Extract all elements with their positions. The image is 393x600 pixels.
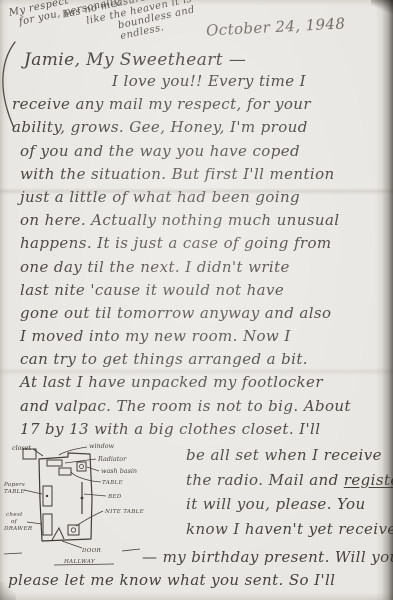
door-swing [52, 528, 64, 540]
diagram-label-papers-table: Papers [3, 482, 25, 488]
leader-nite-table [76, 511, 103, 526]
body-line: can try to get things arranged a bit. [20, 350, 388, 373]
body-line: and valpac. The room is not to big. Abou… [20, 397, 388, 420]
diagram-label-nite-table: NITE TABLE [104, 509, 144, 515]
body-line: I moved into my new room. Now I [20, 327, 388, 350]
photo-corner-shadow [0, 582, 16, 600]
dot [46, 495, 48, 497]
body-line: last nite 'cause it would not have [20, 281, 388, 304]
diagram-label-closet: closet [12, 444, 32, 452]
body-line: with the situation. But first I'll menti… [20, 165, 388, 188]
radiator-shape [47, 460, 62, 466]
wash-basin-shape [77, 462, 86, 471]
leader-wash-basin [87, 467, 99, 471]
side-line: the radio. Mail and register [186, 471, 393, 496]
leader-closet [33, 449, 43, 456]
body-line: of you and the way you have coped [20, 142, 388, 165]
nite-table-shape [68, 525, 79, 535]
body-line: happens. It is just a case of going from [20, 234, 388, 257]
diagram-label-papers-table: TABLE [4, 489, 25, 495]
hallway-dash [122, 549, 140, 551]
side-line-text: the radio. Mail and [186, 471, 344, 489]
body-line: receive any mail my respect, for your [12, 95, 388, 118]
underlined-word: register [344, 471, 393, 489]
diagram-label-window: window [89, 442, 115, 450]
body-line: gone out til tomorrow anyway and also [20, 304, 388, 327]
leader-chest [27, 522, 42, 524]
chest-shape [43, 514, 52, 535]
diagram-label-chest: of [11, 519, 18, 525]
body-line: on here. Actually nothing much unusual [20, 211, 388, 234]
diagram-label-chest: DRAWER [3, 526, 32, 532]
dot [81, 497, 84, 500]
side-line: be all set when I receive [186, 446, 393, 471]
body-line: one day til the next. I didn't write [20, 258, 388, 281]
wash-basin-bowl [80, 465, 84, 469]
side-line: know I haven't yet received [186, 520, 393, 545]
diagram-label-hallway: HALLWAY [63, 559, 96, 565]
diagram-label-door: DOOR [81, 548, 101, 554]
body-line: just a little of what had been going [20, 188, 388, 211]
floor-plan-sketch: closet window Radiator wash basin TABLE … [2, 438, 192, 573]
body-line: ability, grows. Gee, Honey, I'm proud [12, 118, 388, 141]
leader-bed [84, 494, 106, 496]
letter-side-text: be all set when I receive the radio. Mai… [186, 446, 393, 544]
diagram-label-wash-basin: wash basin [101, 467, 137, 475]
leader-table [71, 472, 101, 482]
diagram-label-bed: BED [107, 494, 122, 500]
diagram-label-chest: chest [6, 512, 23, 518]
diagram-label-radiator: Radiator [97, 455, 127, 463]
body-line: I love you!! Every time I [20, 72, 388, 95]
bottom-line: please let me know what you sent. So I'l… [8, 571, 335, 589]
hallway-dash [4, 553, 22, 554]
leader-door [62, 541, 82, 548]
photo-corner-shadow [371, 0, 393, 14]
diagram-label-table: TABLE [102, 480, 123, 486]
handwritten-letter-page: My respect for you, personally, has no m… [0, 0, 393, 600]
body-line: At last I have unpacked my footlocker [20, 373, 388, 396]
letter-body: I love you!! Every time I receive any ma… [20, 72, 388, 443]
nite-table-lamp [71, 528, 75, 532]
side-line: it will you, please. You [186, 495, 393, 520]
table-shape [59, 468, 71, 475]
salutation: Jamie, My Sweetheart — [24, 50, 246, 70]
